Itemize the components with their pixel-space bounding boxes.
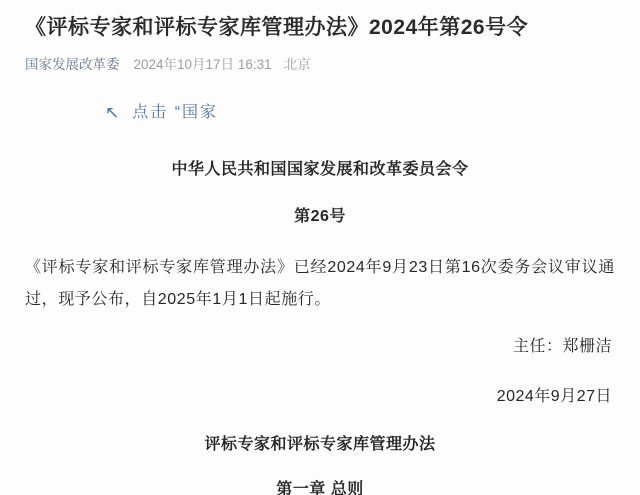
click-hint-text: 点击 “国家 — [132, 103, 218, 123]
article-page: 《评标专家和评标专家库管理办法》2024年第26号令 国家发展改革委 2024年… — [0, 0, 640, 495]
arrow-up-left-icon: ↖ — [105, 103, 119, 123]
decree-org-heading: 中华人民共和国国家发展和改革委员会令 — [25, 160, 615, 180]
decree-number-heading: 第26号 — [25, 207, 615, 227]
account-name-link[interactable]: 国家发展改革委 — [25, 56, 120, 74]
click-hint: ↖ 点击 “国家 — [25, 103, 615, 123]
publish-datetime: 2024年10月17日 16:31 — [134, 56, 272, 74]
article-title: 《评标专家和评标专家库管理办法》2024年第26号令 — [25, 0, 615, 42]
publish-location: 北京 — [284, 56, 311, 74]
decree-body-paragraph: 《评标专家和评标专家库管理办法》已经2024年9月23日第16次委务会议审议通过… — [25, 252, 615, 316]
decree-sign-date: 2024年9月27日 — [25, 387, 615, 407]
byline: 国家发展改革委 2024年10月17日 16:31 北京 — [25, 56, 615, 74]
chapter-one-heading: 第一章 总则 — [25, 480, 615, 495]
decree-signature: 主任：郑栅洁 — [25, 337, 615, 357]
document-title: 评标专家和评标专家库管理办法 — [25, 435, 615, 455]
